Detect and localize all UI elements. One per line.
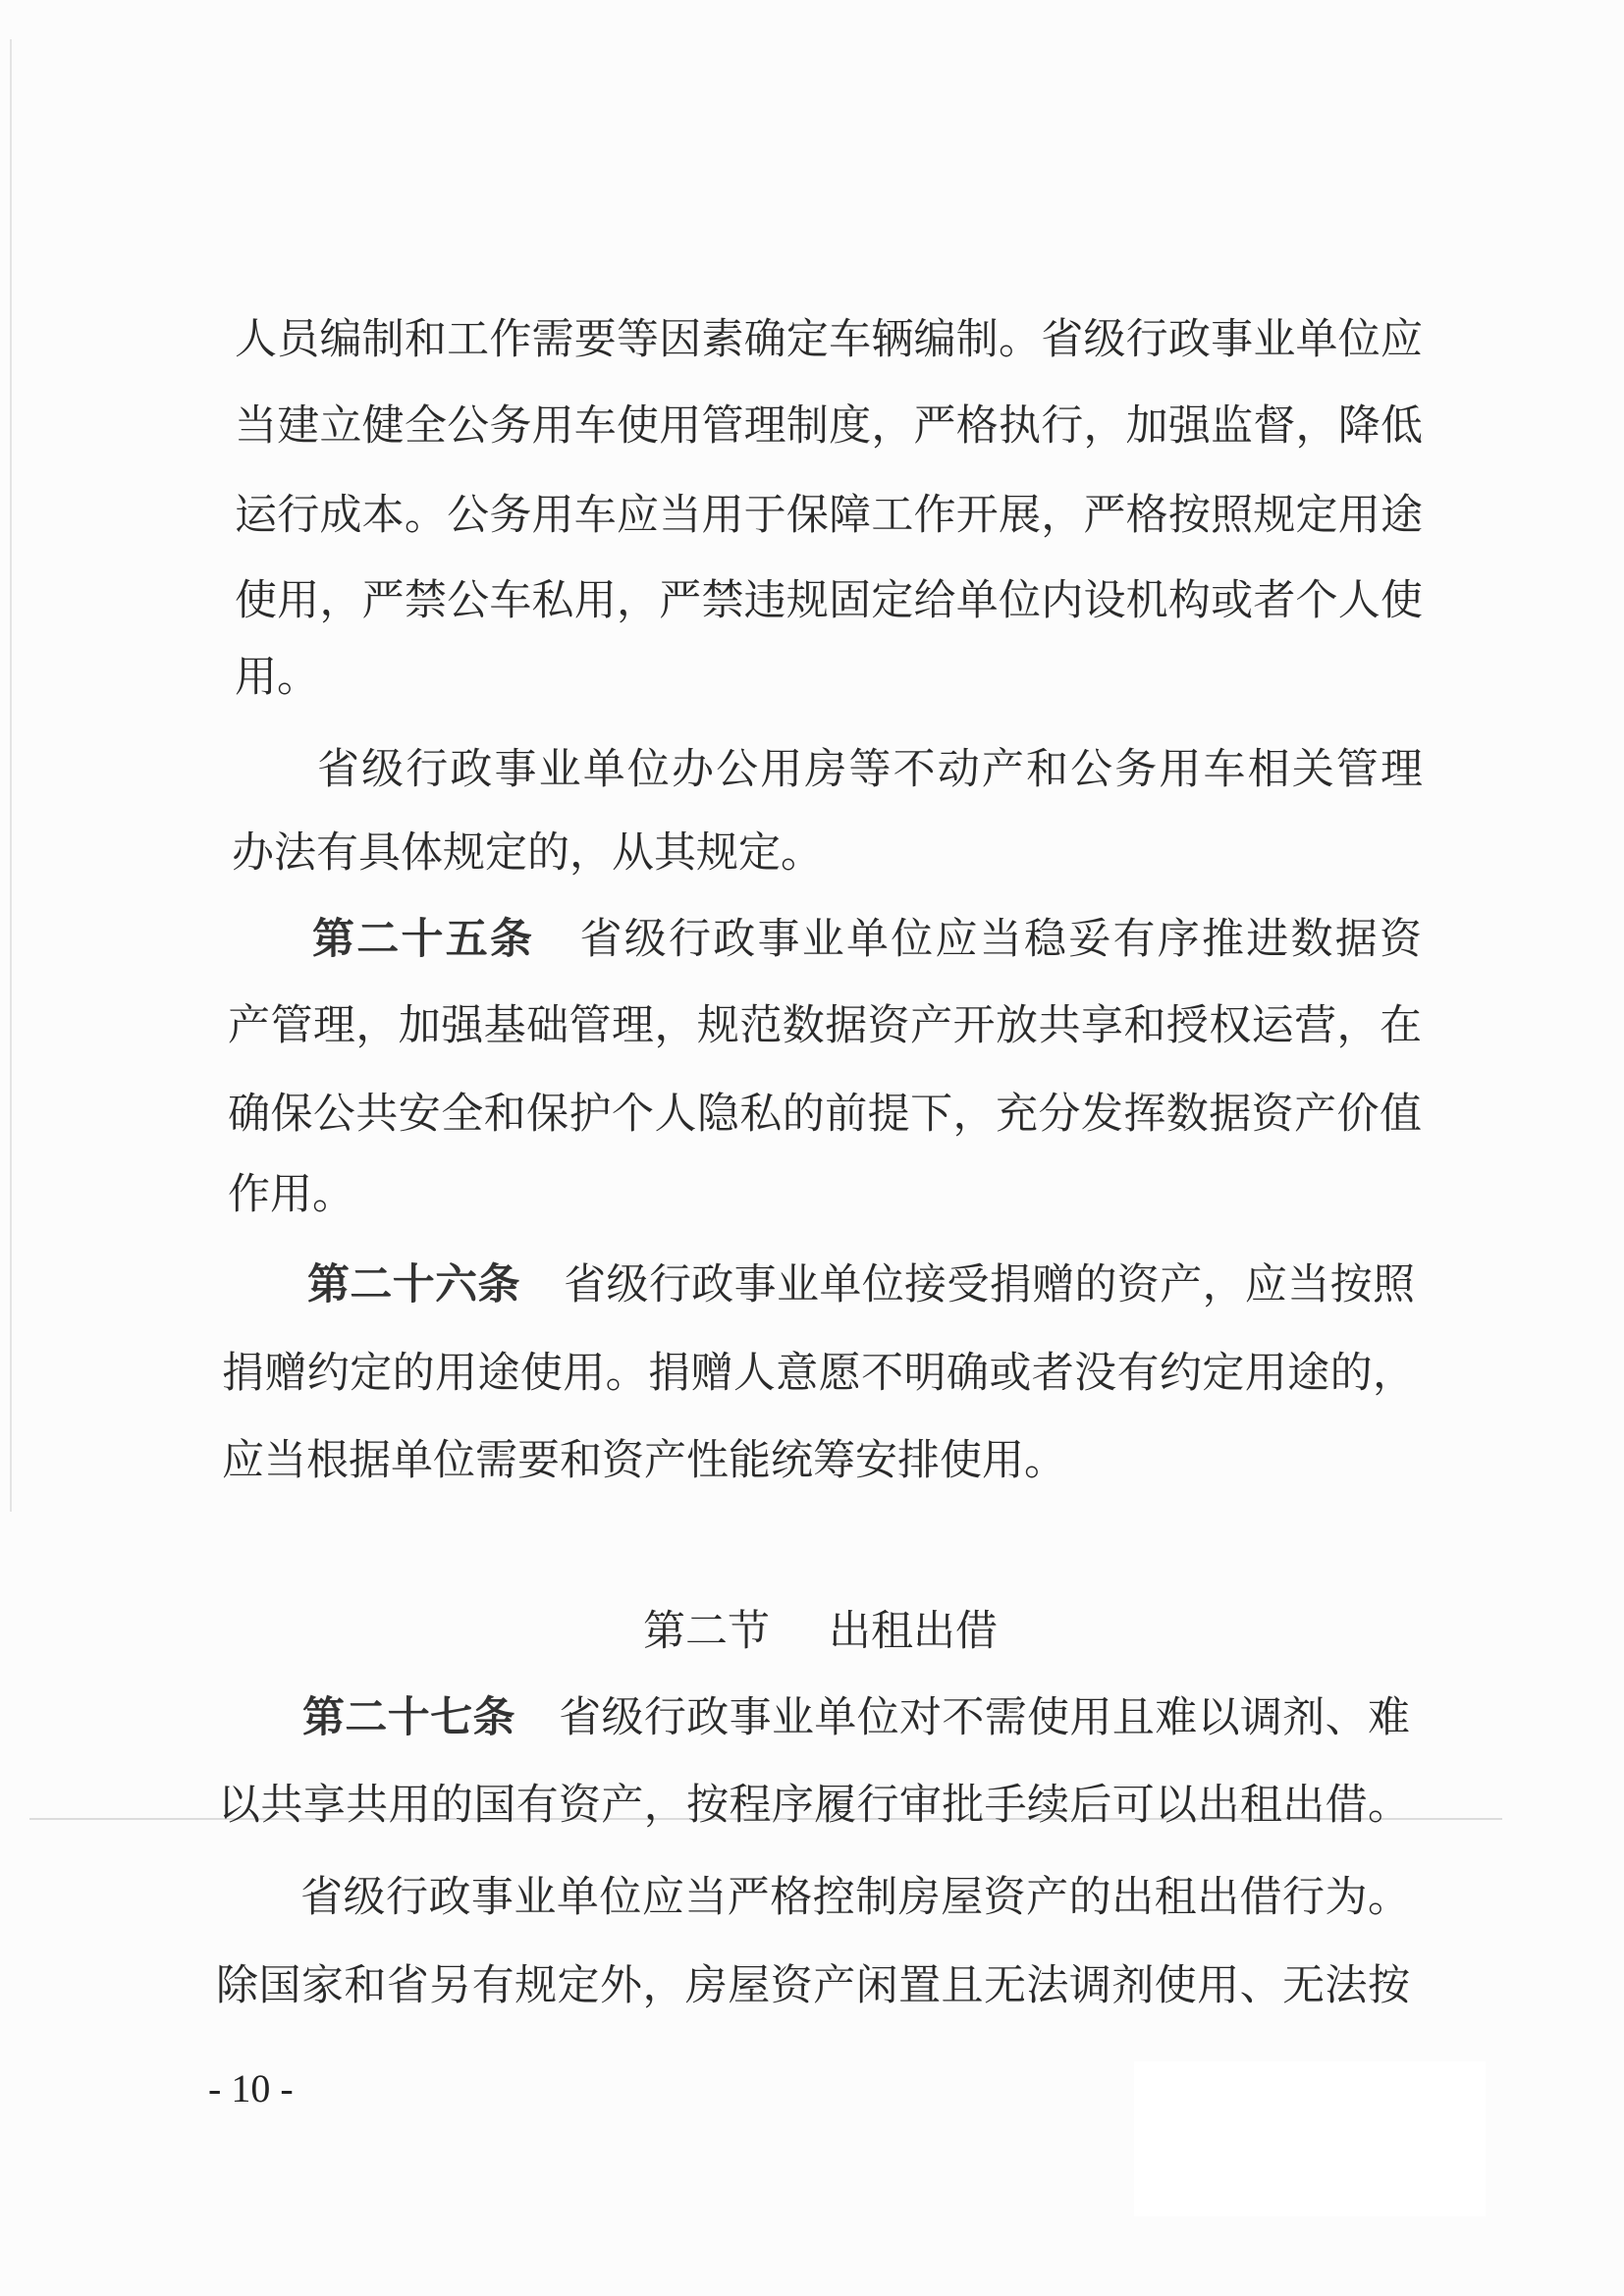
body-line: 办法有具体规定的，从其规定。 (232, 826, 1420, 881)
document-page: 人员编制和工作需要等因素确定车辆编制。省级行政事业单位应 当建立健全公务用车使用… (0, 0, 1624, 2296)
scan-edge-line (10, 39, 12, 1512)
article-26-first-line: 第二十六条省级行政事业单位接受捐赠的资产，应当按照 (307, 1257, 1415, 1312)
body-line: 作用。 (228, 1167, 1422, 1222)
paragraph-first-line: 省级行政事业单位应当严格控制房屋资产的出租出借行为。 (300, 1870, 1410, 1925)
body-line: 除国家和省另有规定外，房屋资产闲置且无法调剂使用、无法按 (216, 1958, 1410, 2013)
body-line: 确保公共安全和保护个人隐私的前提下，充分发挥数据资产价值 (228, 1087, 1422, 1142)
body-line: 产管理，加强基础管理，规范数据资产开放共享和授权运营，在 (228, 998, 1422, 1053)
article-text: 省级行政事业单位应当稳妥有序推进数据资 (577, 915, 1422, 964)
article-25-first-line: 第二十五条省级行政事业单位应当稳妥有序推进数据资 (312, 912, 1422, 967)
body-line: 用。 (235, 650, 1423, 705)
article-text: 省级行政事业单位接受捐赠的资产，应当按照 (564, 1260, 1415, 1309)
body-line: 捐赠约定的用途使用。捐赠人意愿不明确或者没有约定用途的， (222, 1346, 1415, 1401)
body-line: 应当根据单位需要和资产性能统筹安排使用。 (222, 1433, 1415, 1488)
body-line: 当建立健全公务用车使用管理制度，严格执行，加强监督，降低 (235, 399, 1423, 454)
paragraph-first-line: 省级行政事业单位办公用房等不动产和公务用车相关管理 (317, 742, 1423, 797)
body-line: 使用，严禁公车私用，严禁违规固定给单位内设机构或者个人使 (235, 573, 1423, 628)
section-number: 第二节 (643, 1607, 770, 1656)
section-title: 出租出借 (829, 1607, 998, 1656)
article-text: 省级行政事业单位对不需使用且难以调剂、难 (559, 1693, 1410, 1742)
article-label: 第二十六条 (307, 1260, 520, 1309)
body-line: 人员编制和工作需要等因素确定车辆编制。省级行政事业单位应 (235, 312, 1423, 367)
body-line: 以共享共用的国有资产，按程序履行审批手续后可以出租出借。 (218, 1778, 1410, 1833)
article-27-first-line: 第二十七条省级行政事业单位对不需使用且难以调剂、难 (302, 1690, 1410, 1745)
page-number: - 10 - (208, 2069, 294, 2109)
article-label: 第二十五条 (312, 915, 534, 964)
body-line: 运行成本。公务用车应当用于保障工作开展，严格按照规定用途 (235, 488, 1423, 543)
scan-white-patch (1134, 2061, 1486, 2216)
section-heading: 第二节出租出借 (643, 1604, 998, 1659)
article-label: 第二十七条 (302, 1693, 515, 1742)
